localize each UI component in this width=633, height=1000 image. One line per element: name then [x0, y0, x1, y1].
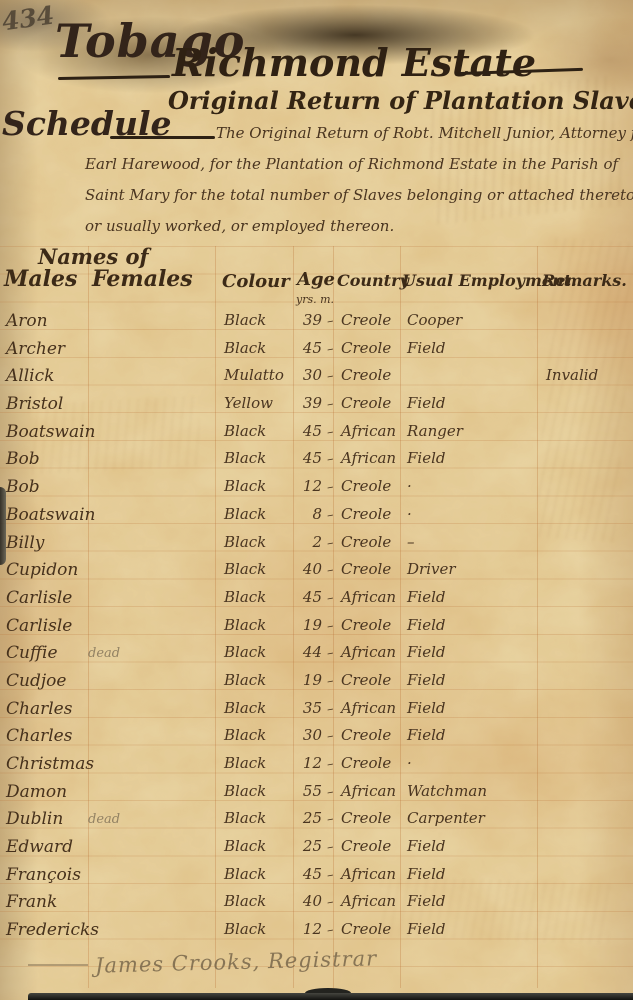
country-value: Creole [341, 477, 391, 495]
table-row: Charles Black 30 – Creole Field [0, 723, 633, 751]
country-value: Creole [341, 920, 391, 938]
age-value: 45 [296, 449, 322, 467]
age-months-mark: – [326, 480, 335, 496]
colour-value: Black [224, 837, 266, 855]
employment-value: Watchman [407, 782, 487, 800]
registrar-signature: James Crooks, Registrar [95, 946, 378, 977]
employment-value: · [407, 754, 412, 772]
table-row: Aron Black 39 – Creole Cooper [0, 308, 633, 336]
slave-name: Bob [6, 449, 40, 469]
age-months-mark: – [326, 341, 335, 357]
age-months-mark: – [326, 507, 335, 523]
country-value: Creole [341, 671, 391, 689]
column-header-females: Females [92, 266, 193, 292]
age-months-mark: – [326, 369, 335, 385]
country-value: Creole [341, 311, 391, 329]
column-header-colour: Colour [222, 271, 290, 292]
age-months-mark: – [326, 867, 335, 883]
colour-value: Black [224, 533, 266, 551]
table-row: Cudjoe Black 19 – Creole Field [0, 668, 633, 696]
age-value: 12 [296, 920, 322, 938]
schedule-underscore [110, 136, 215, 139]
age-value: 45 [296, 339, 322, 357]
colour-value: Black [224, 892, 266, 910]
slave-name: Christmas [6, 754, 94, 774]
employment-value: Field [407, 449, 445, 467]
scanned-document-page: 434 Tobago Richmond Estate Original Retu… [0, 0, 633, 1000]
employment-value: Field [407, 643, 445, 661]
country-value: Creole [341, 616, 391, 634]
country-value: Creole [341, 339, 391, 357]
schedule-text-line: or usually worked, or employed thereon. [85, 217, 394, 235]
age-months-mark: – [326, 397, 335, 413]
slave-name: Charles [6, 699, 72, 719]
colour-value: Black [224, 671, 266, 689]
colour-value: Black [224, 422, 266, 440]
employment-value: Ranger [407, 422, 463, 440]
age-months-mark: – [326, 563, 335, 579]
country-value: African [341, 643, 396, 661]
slave-name: Fredericks [6, 920, 99, 940]
table-row: François Black 45 – African Field [0, 862, 633, 890]
age-value: 25 [296, 809, 322, 827]
table-row: Damon Black 55 – African Watchman [0, 779, 633, 807]
colour-value: Black [224, 311, 266, 329]
age-value: 40 [296, 892, 322, 910]
column-header-age: Age [297, 269, 335, 290]
age-months-mark: – [326, 895, 335, 911]
employment-value: – [407, 533, 415, 551]
slave-name: Allick [6, 366, 54, 386]
employment-value: Field [407, 588, 445, 606]
country-value: Creole [341, 726, 391, 744]
age-months-mark: – [326, 701, 335, 717]
age-value: 39 [296, 394, 322, 412]
age-months-mark: – [326, 452, 335, 468]
table-row: Boatswain Black 8 – Creole · [0, 502, 633, 530]
country-value: African [341, 449, 396, 467]
table-row: Fredericks Black 12 – Creole Field [0, 917, 633, 945]
age-value: 40 [296, 560, 322, 578]
colour-value: Black [224, 560, 266, 578]
slave-name: Carlisle [6, 616, 72, 636]
title-flourish-line [58, 75, 170, 80]
colour-value: Black [224, 339, 266, 357]
employment-value: Field [407, 837, 445, 855]
age-months-mark: – [326, 812, 335, 828]
age-value: 25 [296, 837, 322, 855]
country-value: Creole [341, 394, 391, 412]
schedule-text-line: Saint Mary for the total number of Slave… [85, 186, 633, 204]
table-row: Bob Black 12 – Creole · [0, 474, 633, 502]
colour-value: Black [224, 865, 266, 883]
colour-value: Black [224, 699, 266, 717]
age-months-mark: – [326, 314, 335, 330]
age-value: 45 [296, 422, 322, 440]
slave-name: Archer [6, 339, 65, 359]
age-value: 30 [296, 726, 322, 744]
signature-lead-line [28, 964, 88, 966]
table-row: Charles Black 35 – African Field [0, 696, 633, 724]
age-value: 44 [296, 643, 322, 661]
age-value: 8 [296, 505, 322, 523]
employment-value: · [407, 505, 412, 523]
estate-title: Richmond Estate [172, 40, 536, 85]
table-row: Frank Black 40 – African Field [0, 889, 633, 917]
remarks-value: Invalid [546, 366, 598, 384]
employment-value: Field [407, 726, 445, 744]
colour-value: Black [224, 588, 266, 606]
colour-value: Black [224, 449, 266, 467]
employment-value: Field [407, 616, 445, 634]
slave-name: Cudjoe [6, 671, 66, 691]
colour-value: Yellow [224, 394, 273, 412]
age-units-subheader: yrs. m. [296, 293, 334, 306]
colour-value: Black [224, 782, 266, 800]
table-rows: Aron Black 39 – Creole Cooper Archer Bla… [0, 308, 633, 945]
country-value: Creole [341, 366, 391, 384]
age-value: 12 [296, 477, 322, 495]
employment-value: · [407, 477, 412, 495]
table-row: Cupidon Black 40 – Creole Driver [0, 557, 633, 585]
age-value: 55 [296, 782, 322, 800]
country-value: African [341, 782, 396, 800]
age-months-mark: – [326, 673, 335, 689]
age-value: 45 [296, 588, 322, 606]
colour-value: Black [224, 616, 266, 634]
table-row: Boatswain Black 45 – African Ranger [0, 419, 633, 447]
age-value: 19 [296, 671, 322, 689]
employment-value: Carpenter [407, 809, 485, 827]
schedule-text-line: The Original Return of Robt. Mitchell Ju… [216, 124, 633, 142]
country-value: African [341, 588, 396, 606]
country-value: African [341, 892, 396, 910]
country-value: Creole [341, 505, 391, 523]
colour-value: Black [224, 643, 266, 661]
country-value: African [341, 422, 396, 440]
table-row: Dublin dead Black 25 – Creole Carpenter [0, 806, 633, 834]
age-months-mark: – [326, 646, 335, 662]
slave-name: Carlisle [6, 588, 72, 608]
table-row: Bob Black 45 – African Field [0, 446, 633, 474]
slave-name: Boatswain [6, 422, 96, 442]
slave-name: Billy [6, 533, 44, 553]
age-months-mark: – [326, 729, 335, 745]
employment-value: Field [407, 865, 445, 883]
scan-edge-bottom [28, 993, 633, 1000]
age-months-mark: – [326, 424, 335, 440]
slave-name: Aron [6, 311, 48, 331]
employment-value: Driver [407, 560, 456, 578]
country-value: Creole [341, 560, 391, 578]
column-header-males: Males [4, 266, 77, 292]
age-months-mark: – [326, 535, 335, 551]
age-value: 2 [296, 533, 322, 551]
table-row: Archer Black 45 – Creole Field [0, 336, 633, 364]
colour-value: Black [224, 809, 266, 827]
table-row: Christmas Black 12 – Creole · [0, 751, 633, 779]
slave-name: Frank [6, 892, 57, 912]
country-value: Creole [341, 754, 391, 772]
colour-value: Black [224, 920, 266, 938]
employment-value: Field [407, 394, 445, 412]
employment-value: Field [407, 920, 445, 938]
employment-value: Field [407, 892, 445, 910]
age-value: 39 [296, 311, 322, 329]
table-row: Carlisle Black 19 – Creole Field [0, 613, 633, 641]
age-months-mark: – [326, 923, 335, 939]
pencil-annotation: dead [88, 646, 120, 661]
slave-name: Charles [6, 726, 72, 746]
age-value: 12 [296, 754, 322, 772]
column-header-country: Country [337, 271, 409, 290]
slave-name: Bob [6, 477, 40, 497]
employment-value: Field [407, 699, 445, 717]
age-months-mark: – [326, 618, 335, 634]
table-row: Allick Mulatto 30 – Creole Invalid [0, 363, 633, 391]
table-row: Billy Black 2 – Creole – [0, 530, 633, 558]
employment-value: Field [407, 339, 445, 357]
table-row: Cuffie dead Black 44 – African Field [0, 640, 633, 668]
slave-name: Dublin [6, 809, 63, 829]
slave-name: Bristol [6, 394, 63, 414]
table-row: Bristol Yellow 39 – Creole Field [0, 391, 633, 419]
page-number: 434 [0, 1, 56, 37]
slave-name: Cupidon [6, 560, 78, 580]
colour-value: Black [224, 726, 266, 744]
employment-value: Field [407, 671, 445, 689]
age-months-mark: – [326, 590, 335, 606]
colour-value: Black [224, 505, 266, 523]
colour-value: Black [224, 754, 266, 772]
slave-name: Damon [6, 782, 67, 802]
pencil-annotation: dead [88, 812, 120, 827]
schedule-text-line: Earl Harewood, for the Plantation of Ric… [85, 155, 618, 173]
age-months-mark: – [326, 784, 335, 800]
document-subtitle: Original Return of Plantation Slaves. [168, 86, 633, 115]
country-value: African [341, 865, 396, 883]
age-value: 19 [296, 616, 322, 634]
country-value: African [341, 699, 396, 717]
colour-value: Black [224, 477, 266, 495]
colour-value: Mulatto [224, 366, 284, 384]
country-value: Creole [341, 837, 391, 855]
country-value: Creole [341, 809, 391, 827]
slave-name: Cuffie [6, 643, 58, 663]
column-header-remarks: Remarks. [542, 271, 627, 290]
age-value: 45 [296, 865, 322, 883]
age-value: 30 [296, 366, 322, 384]
table-row: Carlisle Black 45 – African Field [0, 585, 633, 613]
slave-name: Boatswain [6, 505, 96, 525]
age-months-mark: – [326, 840, 335, 856]
country-value: Creole [341, 533, 391, 551]
slave-name: François [6, 865, 81, 885]
employment-value: Cooper [407, 311, 462, 329]
table-row: Edward Black 25 – Creole Field [0, 834, 633, 862]
age-months-mark: – [326, 757, 335, 773]
slave-name: Edward [6, 837, 73, 857]
scan-edge-left [0, 487, 6, 565]
age-value: 35 [296, 699, 322, 717]
